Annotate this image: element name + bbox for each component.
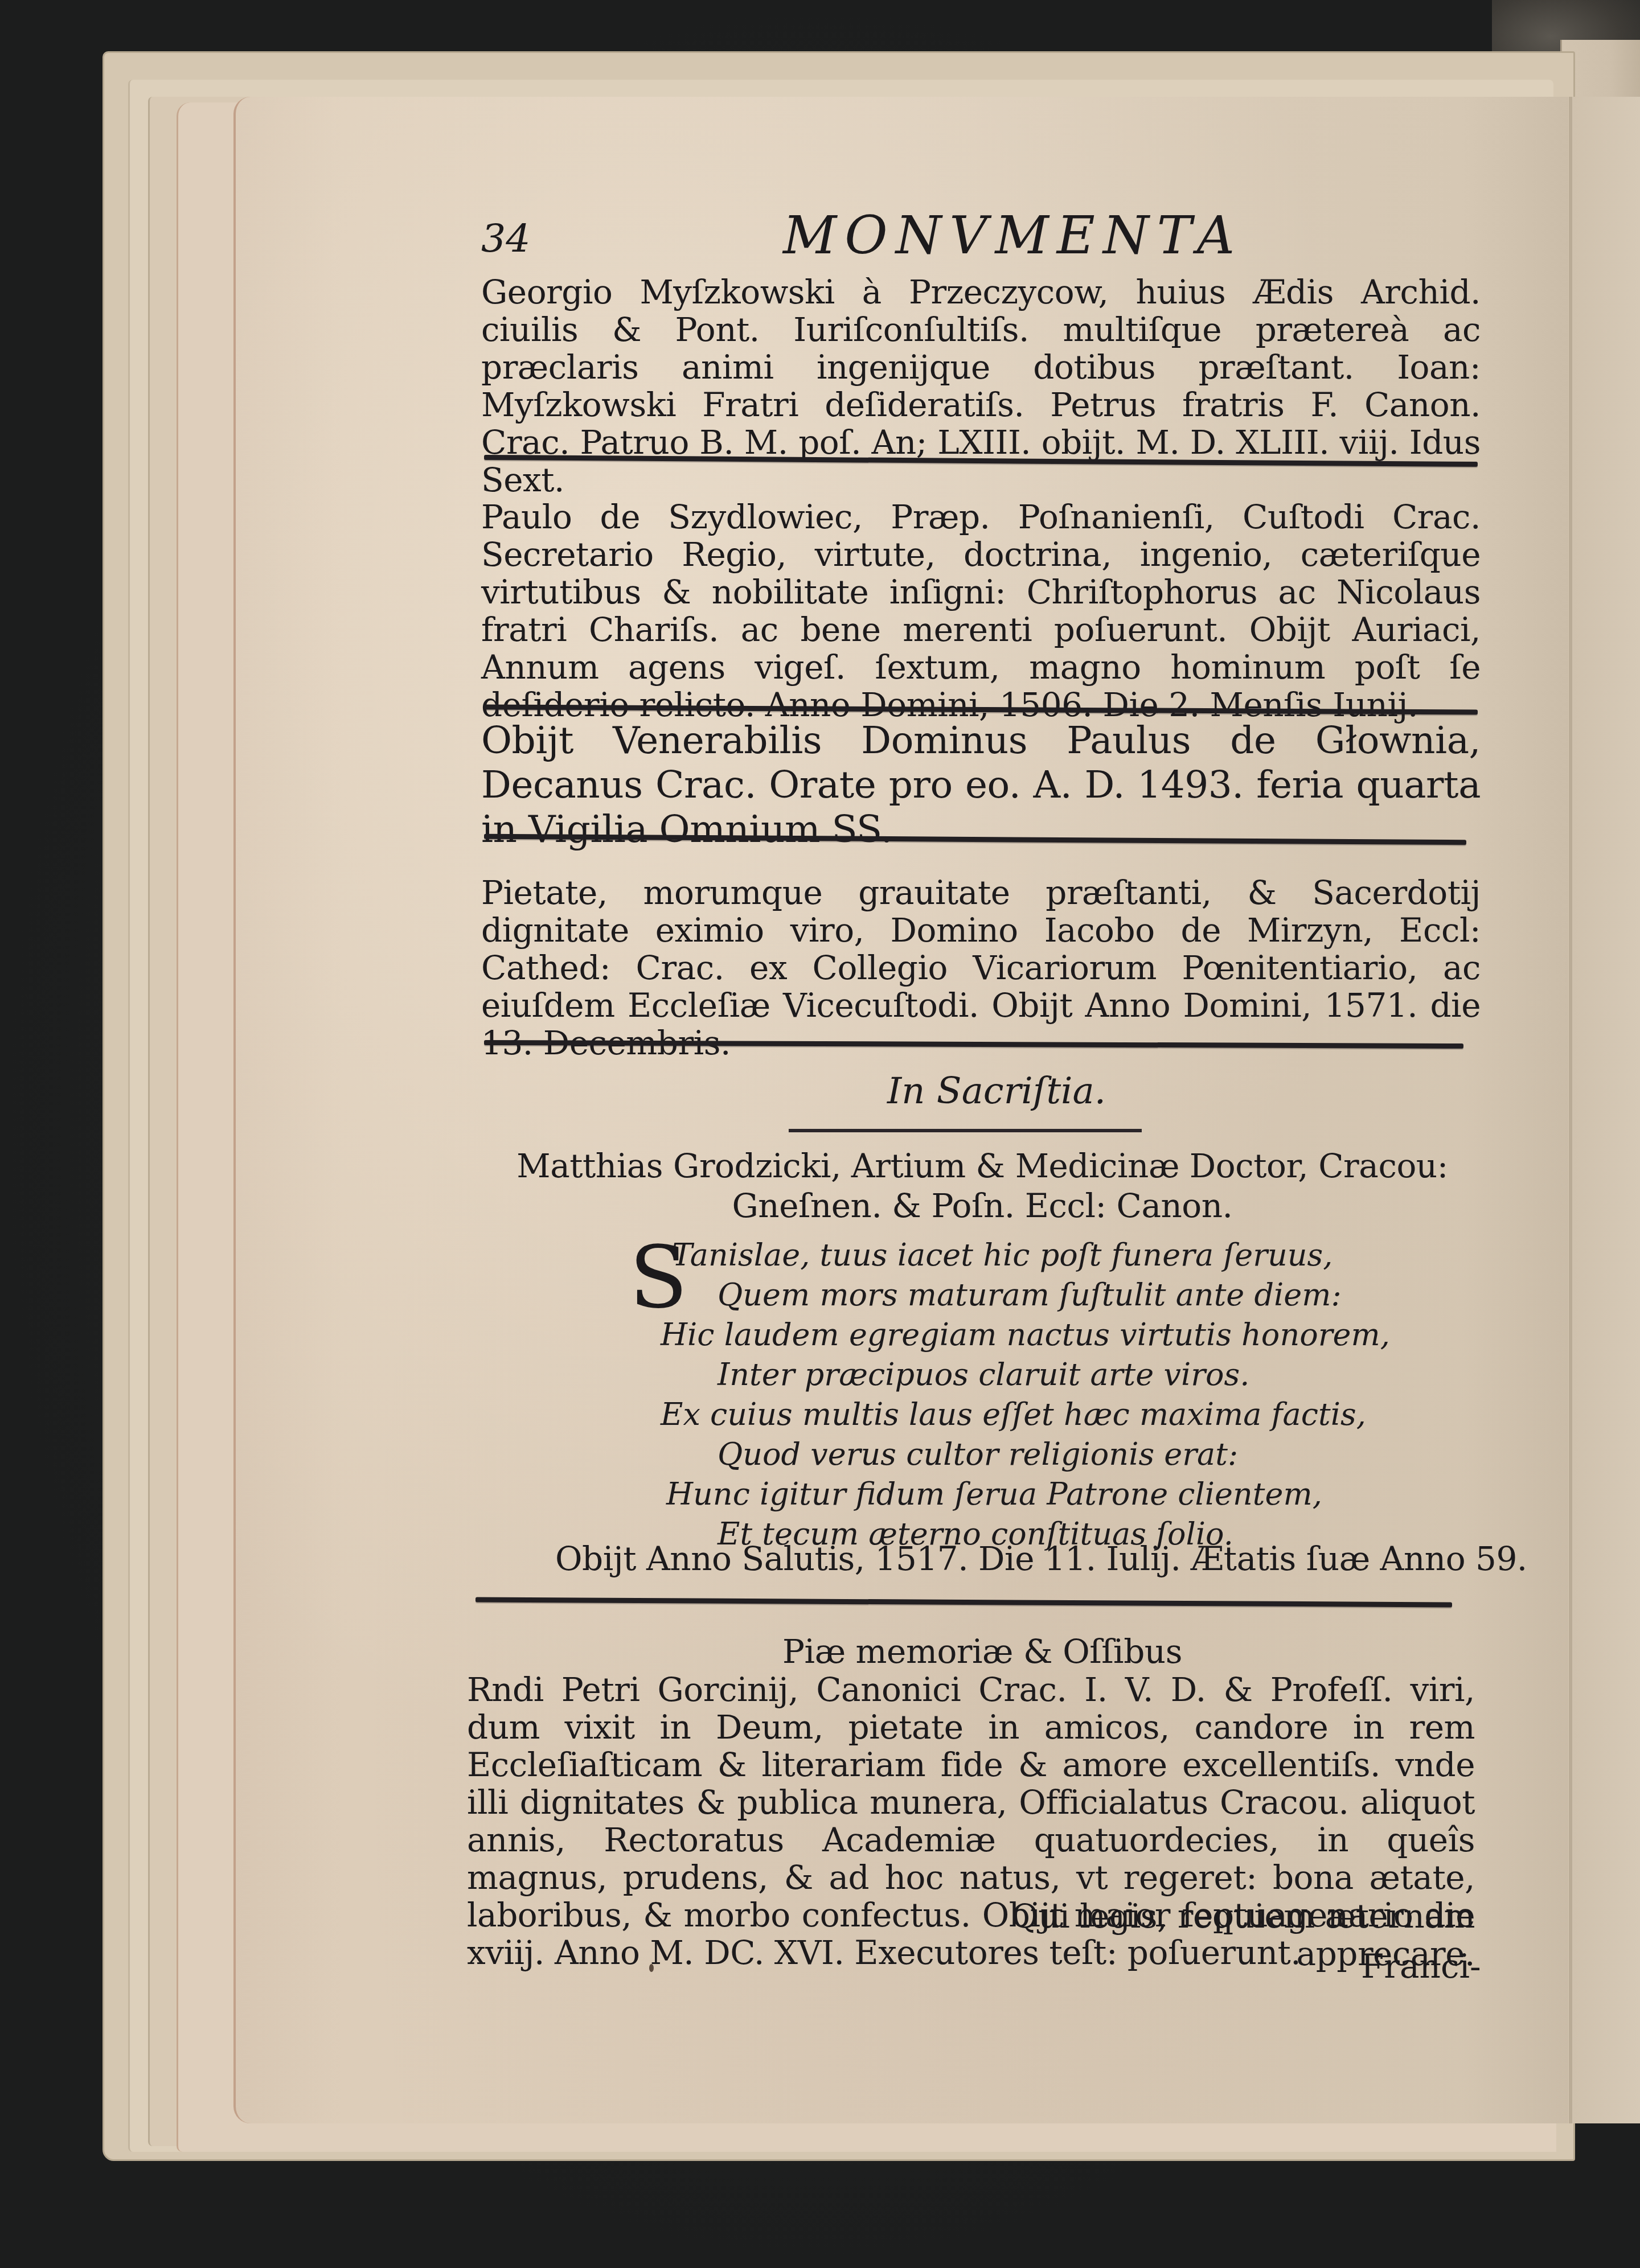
- verse-line: Inter præcipuos claruit arte viros.: [672, 1355, 1498, 1395]
- epitaph-mirzyn: Pietate, morumque grauitate præſtanti, &…: [481, 874, 1481, 1062]
- verse-epitaph: Tanislae, tuus iacet hic poſt funera ſer…: [672, 1235, 1498, 1554]
- verse-line: Tanislae, tuus iacet hic poſt funera ſer…: [672, 1235, 1498, 1275]
- verse-line: Hic laudem egregiam nactus virtutis hono…: [661, 1315, 1498, 1355]
- verse-line: Ex cuius multis laus eſſet hæc maxima fa…: [661, 1395, 1498, 1435]
- sacristia-closing: Obijt Anno Salutis, 1517. Die 11. Iulij.…: [555, 1540, 1466, 1577]
- verse-line: Quem mors maturam ſuſtulit ante diem:: [672, 1275, 1498, 1315]
- gutter-fold: [1569, 97, 1572, 2123]
- dedication-line-2: Gneſnen. & Poſn. Eccl: Canon.: [512, 1187, 1452, 1225]
- dedication-line-1: Matthias Grodzicki, Artium & Medicinæ Do…: [512, 1147, 1452, 1185]
- section-heading-gorcinius: Piæ memoriæ & Oſſibus: [512, 1633, 1452, 1670]
- epitaph-szydlowiec: Paulo de Szydlowiec, Præp. Poſnanienſi, …: [481, 498, 1481, 724]
- page-number: 34: [481, 216, 531, 261]
- section-heading-sacristia: In Sacriſtia.: [769, 1070, 1224, 1112]
- heading-underline: [789, 1129, 1142, 1132]
- epitaph-glownia: Obijt Venerabilis Dominus Paulus de Głow…: [481, 718, 1481, 852]
- ink-speck: [649, 1964, 654, 1972]
- facing-page-sliver: [1572, 97, 1640, 2123]
- verse-line: Hunc igitur fidum ſerua Patrone clientem…: [666, 1474, 1498, 1514]
- running-head: 34 MONVMENTA: [481, 205, 1478, 268]
- verse-line: Quod verus cultor religionis erat:: [672, 1435, 1498, 1474]
- running-title: MONVMENTA: [783, 205, 1243, 266]
- catchword: Franci-: [1361, 1947, 1481, 1986]
